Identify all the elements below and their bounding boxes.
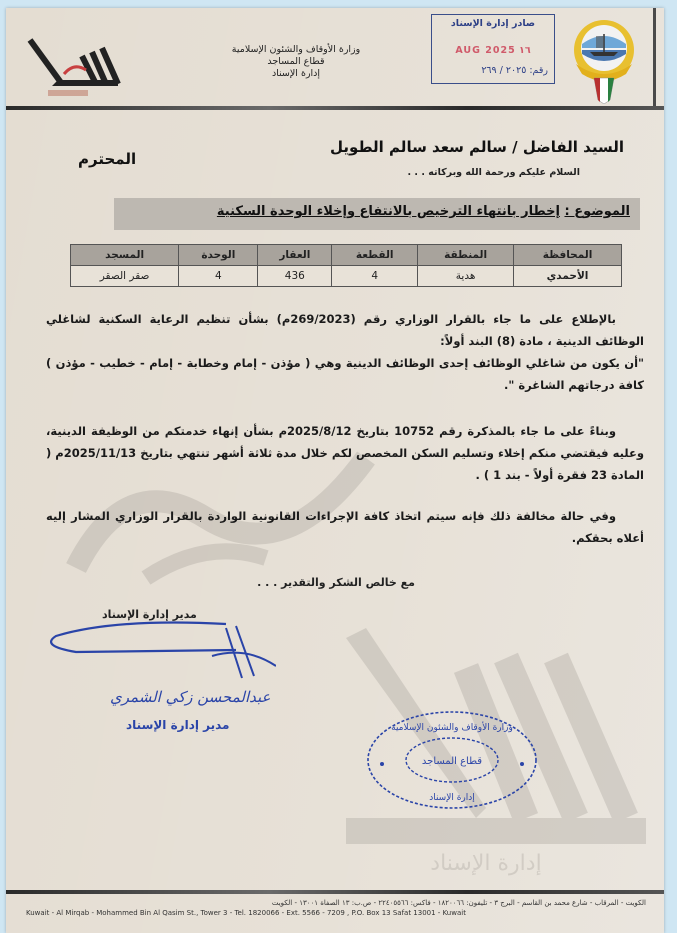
cell-unit: 4 [179, 266, 258, 287]
cell-block: 4 [332, 266, 418, 287]
ministry-header: وزارة الأوقاف والشئون الإسلامية قطاع الم… [221, 44, 371, 80]
addressee: السيد الفاضل / سالم سعد سالم الطويل [330, 138, 624, 156]
quoted-clause: "أن يكون من شاغلي الوظائف إحدى الوظائف ا… [46, 356, 644, 392]
isnad-logo-icon [22, 34, 132, 106]
header-governorate: المحافظة [514, 245, 622, 266]
header-divider [6, 106, 664, 110]
letter-page: وزارة الأوقاف والشئون الإسلامية قطاع الم… [6, 8, 664, 933]
sector-line: قطاع المساجد [221, 56, 371, 68]
footer-arabic: الكويت - المرقاب - شارع محمد بن القاسم -… [26, 898, 646, 908]
stamp-ref-label: رقم: [529, 65, 548, 76]
subject-text: إخطار بانتهاء الترخيص بالانتفاع وإخلاء ا… [217, 204, 560, 219]
table-row: الأحمدي هدية 4 436 4 صقر الصقر [71, 266, 622, 287]
subject-label: الموضوع : [564, 204, 630, 219]
header-area: المنطقة [418, 245, 514, 266]
footer-english: Kuwait - Al Mirqab - Mohammed Bin Al Qas… [26, 908, 646, 918]
ministry-line: وزارة الأوقاف والشئون الإسلامية [221, 44, 371, 56]
cell-property: 436 [258, 266, 332, 287]
stamp-ref-value: ٢٠٢٥ / ٢٦٩ [481, 65, 526, 76]
cell-governorate: الأحمدي [514, 266, 622, 287]
body-paragraph-3: وفي حالة مخالفة ذلك فإنه سيتم اتخاذ كافة… [46, 505, 644, 549]
signatory-name: عبدالمحسن زكي الشمري [110, 688, 270, 706]
stamp-date: ١٦ AUG 2025 [432, 45, 554, 56]
header-unit: الوحدة [179, 245, 258, 266]
footer-divider [6, 890, 664, 894]
header-mosque: المسجد [71, 245, 179, 266]
svg-text:إدارة الإسناد: إدارة الإسناد [430, 851, 541, 876]
honorific: المحترم [78, 150, 136, 168]
header-block: القطعة [332, 245, 418, 266]
paragraph-text: وبناءً على ما جاء بالمذكرة رقم 10752 بتا… [46, 424, 644, 482]
cell-area: هدية [418, 266, 514, 287]
paragraph-text: بالإطلاع على ما جاء بالقرار الوزاري رقم … [46, 312, 644, 348]
property-table: المحافظة المنطقة القطعة العقار الوحدة ال… [70, 244, 622, 287]
footer-address: الكويت - المرقاب - شارع محمد بن القاسم -… [26, 898, 646, 918]
official-seal-icon: وزارة الأوقاف والشئون الإسلامية قطاع الم… [364, 708, 540, 812]
body-paragraph-2: وبناءً على ما جاء بالمذكرة رقم 10752 بتا… [46, 420, 644, 486]
paragraph-text: وفي حالة مخالفة ذلك فإنه سيتم اتخاذ كافة… [46, 509, 644, 545]
header-property: العقار [258, 245, 332, 266]
svg-text:قطاع المساجد: قطاع المساجد [422, 756, 482, 767]
cell-mosque: صقر الصقر [71, 266, 179, 287]
signatory-title-bottom: مدير إدارة الإسناد [126, 718, 229, 732]
department-line: إدارة الإسناد [221, 68, 371, 80]
svg-text:وزارة الأوقاف والشئون الإسلامي: وزارة الأوقاف والشئون الإسلامية [391, 721, 513, 733]
kuwait-emblem-icon [566, 18, 642, 104]
subject-bar: الموضوع : إخطار بانتهاء الترخيص بالانتفا… [114, 198, 640, 230]
stamp-title: صادر إدارة الإسناد [432, 18, 554, 29]
greeting: السلام عليكم ورحمة الله وبركاته . . . [408, 167, 580, 178]
outgoing-stamp: صادر إدارة الإسناد ١٦ AUG 2025 رقم: ٢٠٢٥… [431, 14, 555, 84]
header-vertical-rule [653, 8, 656, 106]
body-paragraph-1: بالإطلاع على ما جاء بالقرار الوزاري رقم … [46, 308, 644, 396]
closing-line: مع خالص الشكر والتقدير . . . [206, 576, 466, 589]
stamp-ref: رقم: ٢٠٢٥ / ٢٦٩ [438, 65, 548, 76]
table-header-row: المحافظة المنطقة القطعة العقار الوحدة ال… [71, 245, 622, 266]
handwritten-signature-icon [36, 616, 276, 686]
svg-text:إدارة الإسناد: إدارة الإسناد [429, 793, 475, 803]
